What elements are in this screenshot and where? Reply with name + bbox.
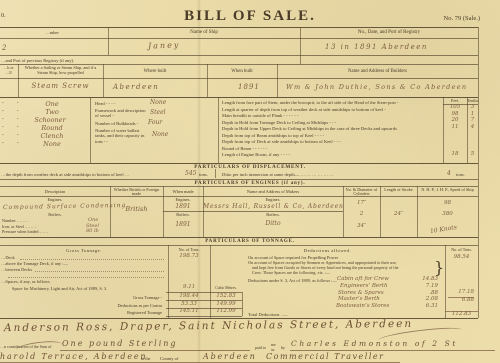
dim-label: Depth in Hold from Tonnage Deck to Ceili…	[222, 120, 336, 125]
s3-deductions-label: Deductions under S. 3, Act of 1889, as f…	[248, 278, 337, 283]
bulkheads-label: Number of Bulkheads -	[95, 121, 138, 126]
seamen-line: Crew. Those Spaces are the following, vi…	[252, 271, 330, 276]
dim-tenths-value: 7	[467, 118, 478, 124]
ded-item-tons: 14.83	[408, 277, 438, 283]
when-built-value: 1891	[238, 84, 260, 91]
in-the-label: in the	[141, 357, 150, 362]
ded-item-tons: 2.08	[408, 297, 438, 303]
leader-dots	[8, 276, 164, 278]
registered-tons-value: 145.11	[168, 309, 210, 315]
dim-feet-value: 20	[443, 118, 467, 124]
spaces-fragment: …Spaces, if any, as follows	[1, 279, 50, 284]
stern-value: Round	[22, 125, 82, 132]
county-of-label: County of	[160, 356, 179, 361]
british-foreign-header: Whether British or Foreign made	[112, 188, 161, 198]
feet-header: Feet.	[443, 99, 467, 104]
rule	[242, 292, 243, 316]
registered-label: Registered Tonnage	[40, 310, 162, 315]
cylinder-value: 2	[343, 212, 380, 218]
framework-label: Framework and description of vessel -	[95, 108, 147, 119]
total-deductions-label: Total Deductions . —	[248, 312, 287, 317]
rule	[0, 78, 478, 79]
gross-cubic-value: 152.83	[210, 294, 242, 300]
boiler-pressure-value: 80 lb	[86, 229, 99, 234]
previous-registry-fragment: …and Port of previous Registry (if any).	[1, 58, 74, 63]
galleries-value: None	[22, 141, 82, 148]
cubic-metres-header: Cubic Metres.	[210, 286, 242, 290]
dim-label: Depth from top of Deck at side amidships…	[222, 139, 341, 144]
rule	[18, 64, 19, 97]
hand-underline	[290, 350, 495, 351]
bulkheads-value: Four	[148, 120, 162, 126]
dim-tenths-value: 5	[467, 152, 478, 158]
displacement-right-value: 4	[447, 171, 451, 177]
under-deck-tons-value: 198.73	[168, 254, 210, 260]
contra-tons-value: 53.33	[168, 302, 210, 308]
makers-boilers-value: Ditto	[203, 221, 343, 227]
tonnage-title: PARTICULARS OF TONNAGE.	[150, 239, 350, 245]
official-number-header-fragment: …mber	[0, 30, 104, 35]
machinery-value: 9.11	[183, 285, 195, 291]
hand-underline	[60, 350, 250, 351]
occupation-value: Commercial Traveller	[266, 353, 384, 361]
page-title: BILL OF SALE.	[150, 8, 350, 25]
dim-feet-value: 18	[443, 152, 467, 158]
total-deductions-value: 112.83	[445, 312, 478, 318]
contra-label: Deductions as per Contra	[40, 303, 162, 308]
dim-tenths-value: 4	[467, 125, 478, 131]
rigged-value: Schooner	[14, 117, 86, 124]
ded-item-extra: 6.88	[448, 298, 474, 304]
boilers-sub-label: Boilers.	[203, 213, 343, 218]
power-header: N. H. P., I. H. P., Speed of Ship	[418, 188, 477, 193]
brace-glyph: }	[434, 258, 444, 277]
displacement-title: PARTICULARS OF DISPLACEMENT.	[140, 165, 360, 171]
ded-item-name: Cabin aft for Crew	[337, 277, 389, 283]
displacement-left-value: 545	[185, 171, 196, 177]
boilers-sub-label: Boilers.	[163, 213, 203, 218]
form-right-border	[478, 27, 479, 318]
nhp-value: 98	[417, 201, 478, 207]
when-made-header: When made	[163, 189, 203, 194]
rule	[0, 38, 478, 39]
dim-label: Length from fore part of Stem, under the…	[222, 100, 398, 105]
dim-label: Length of Engine Room, if any - - - -	[222, 152, 290, 157]
framework-value: Steel	[150, 110, 166, 116]
cylinder-value: 34″	[343, 224, 380, 230]
displacement-right-label: Ditto per inch immersion at same depth— …	[222, 172, 334, 177]
rule	[166, 316, 242, 317]
corner-number-fragment: 0.	[1, 13, 6, 20]
between-decks-fragment: …between Decks	[1, 267, 32, 272]
ded-item-tons: 7.19	[408, 284, 438, 290]
registry-value: 13 in 1891 Aberdeen	[325, 44, 428, 51]
contra-cubic-value: 149.99	[210, 302, 242, 308]
ded-item-tons: 6.31	[408, 304, 438, 310]
dim-tenths-value: 3	[467, 105, 478, 111]
propelling-label: On account of Space required for Propell…	[248, 255, 338, 260]
address-continuation: harold Terrace, Aberdeen	[0, 353, 147, 361]
rule	[218, 97, 219, 163]
displacement-left-label: …the depth from weather deck at side ami…	[1, 172, 129, 177]
dim-label: Length at quarter of depth from top of w…	[222, 107, 386, 112]
gross-tons-value: 198.44	[168, 294, 210, 300]
seller-name-line: Anderson Ross, Draper, Saint Nicholas St…	[4, 319, 413, 334]
decks-value: One	[22, 101, 82, 108]
stroke-header: Length of Stroke	[381, 188, 416, 193]
speed-value: 10 Knots	[430, 225, 458, 235]
where-built-header: Where built	[103, 69, 207, 75]
ballast-value: None	[152, 132, 168, 138]
british-foreign-value: British	[110, 206, 163, 213]
makers-engines-value: Messrs Hall, Russell & Co, Aberdeen	[203, 204, 343, 210]
cylinders-header: No. & Diameter of Cylinders	[344, 188, 379, 198]
tenths-header: Tenths.	[467, 99, 478, 104]
registered-cubic-value: 112.99	[210, 309, 242, 315]
dim-label: Depth in Hold from Upper Deck to Ceiling…	[222, 126, 397, 131]
rule	[0, 27, 478, 28]
leader-dots	[35, 270, 164, 272]
boiler-pressure-label: Pressure when loaded .. .. ..	[2, 230, 48, 235]
above-deck-fragment: …above the Tonnage Deck, if any :—	[1, 261, 68, 266]
builders-header: Name and Address of Builders	[277, 69, 478, 75]
rule	[215, 169, 216, 178]
purchaser-value: Charles Edmonston of 2 St	[291, 340, 458, 348]
sum-value: One pound Sterling	[62, 340, 178, 348]
ded-tons-header: No. of Tons.	[445, 248, 478, 253]
rule	[0, 97, 478, 98]
head-label: Head - - - -	[95, 101, 115, 106]
rule	[163, 211, 343, 212]
makers-header: Name and Address of Makers	[203, 189, 343, 194]
me-label: me	[271, 343, 276, 347]
head-value: None	[150, 100, 166, 106]
form-number: No. 79 (Sale.)	[408, 15, 480, 22]
masts-value: Two	[22, 109, 82, 116]
ded-item-name: Boatswain’s Stores	[336, 304, 389, 310]
machinery-label: Space for Machinery, Light and Air, Act …	[12, 286, 107, 291]
ship-name-value: Janey	[148, 41, 181, 50]
county-value: Aberdeen	[203, 353, 257, 361]
dim-feet-value: 11	[443, 125, 467, 131]
description-header: Description	[0, 189, 110, 194]
engines-year-value: 1891	[163, 204, 203, 210]
dim-label: Main breadth to outside of Plank - - - -…	[222, 113, 298, 118]
paid-to-label: paid to	[255, 346, 266, 351]
dim-label: Round of Beam - - - - - -	[222, 146, 267, 151]
leader-dots	[20, 258, 164, 260]
rule	[90, 97, 91, 163]
sailing-steam-value: Steam Screw	[18, 83, 103, 90]
displacement-left-unit: tons.	[199, 172, 208, 177]
sailing-steam-header: Whether a Sailing or Steam Ship, and if …	[20, 66, 101, 76]
left-header-fragment-2: …ll	[0, 71, 17, 76]
stroke-value: 24″	[380, 212, 417, 218]
displacement-right-unit: tons.	[456, 172, 465, 177]
gross-tonnage-header: Gross Tonnage.	[0, 248, 168, 253]
deductions-header: Deductions allowed.	[210, 248, 445, 253]
boilers-year-value: 1891	[163, 222, 203, 228]
dim-label: Depth from top of Beam amidships to top …	[222, 133, 324, 138]
when-built-header: When built	[207, 69, 277, 75]
rule	[0, 245, 478, 246]
dim-feet-value: 105	[443, 105, 467, 111]
engine-description-value: Compound Surface Condensing	[3, 203, 126, 211]
ded-item-extra: 17.18	[448, 290, 474, 296]
builders-value: Wm & John Duthie, Sons & Co Aberdeen	[286, 84, 467, 91]
where-built-value: Aberdeen	[113, 84, 159, 91]
bill-of-sale-document: 0. BILL OF SALE. No. 79 (Sale.) …mber Na…	[0, 0, 500, 363]
ihp-value: 380	[417, 212, 478, 218]
registry-header: No., Date, and Port of Registry	[300, 30, 478, 36]
propelling-tons-value: 98.54	[445, 255, 478, 261]
rule	[0, 196, 478, 197]
by-label: by	[281, 346, 285, 351]
ballast-label: Number of water ballast tanks, and their…	[95, 128, 150, 144]
gross-tonnage-label: Gross Tonnage -	[40, 295, 162, 300]
cylinder-value: 17″	[343, 201, 380, 207]
official-number-value: 2	[2, 45, 6, 52]
rule	[0, 55, 478, 56]
under-deck-fragment: …Deck	[1, 255, 15, 260]
name-of-ship-header: Name of Ship	[108, 30, 300, 36]
ded-item-name: Master’s Berth	[338, 297, 380, 303]
build-value: Clench	[22, 133, 82, 140]
ded-item-name: Engineers’ Berth	[340, 284, 388, 290]
